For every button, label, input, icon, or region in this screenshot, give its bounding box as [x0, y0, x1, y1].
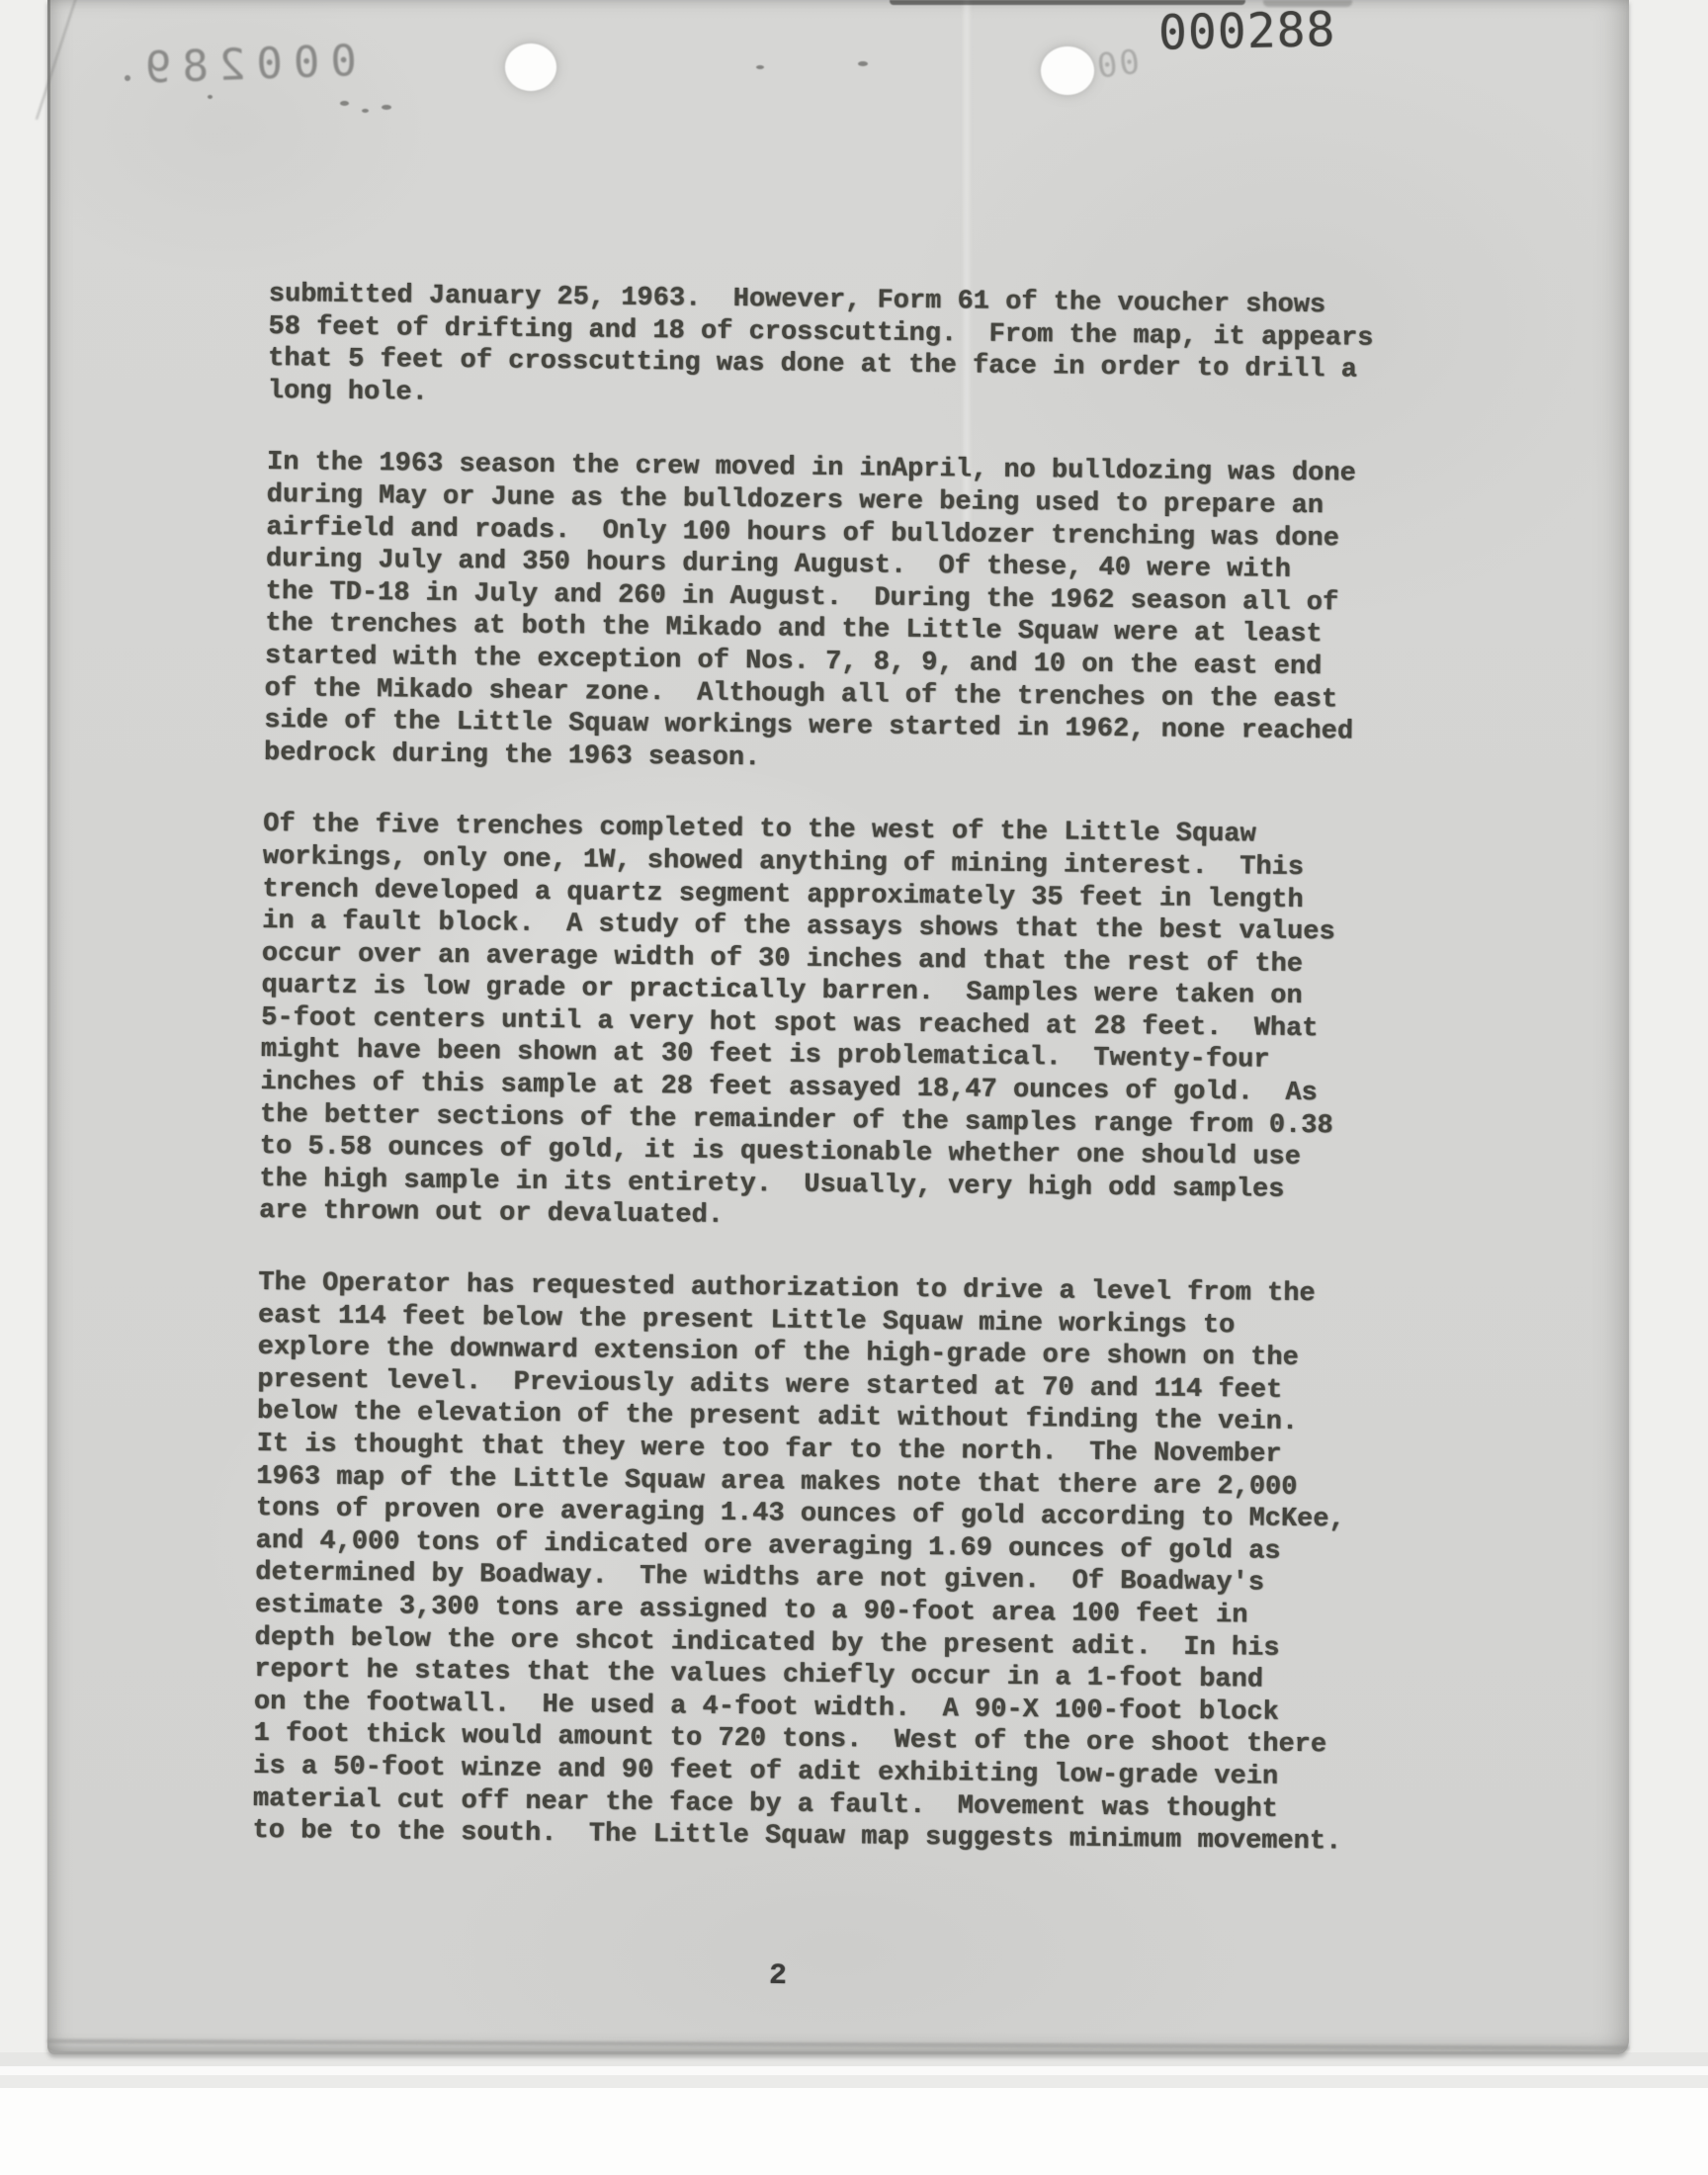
- paragraph: submitted January 25, 1963. However, For…: [268, 279, 1445, 420]
- ink-speck: [340, 101, 349, 106]
- ink-speck: [382, 105, 391, 110]
- text-block: submitted January 25, 1963. However, For…: [252, 279, 1445, 1899]
- serial-number-stamp: 000288: [1158, 6, 1336, 57]
- paragraph: Of the five trenches completed to the we…: [259, 809, 1439, 1240]
- serial-number-ghost-stamp: 00: [1095, 44, 1144, 83]
- ink-speck: [125, 75, 130, 81]
- paper-left-edge: [47, 0, 50, 1236]
- paper-bottom-edge: [47, 2040, 1629, 2050]
- ink-speck: [756, 65, 764, 69]
- paragraph: In the 1963 season the crew moved in inA…: [264, 447, 1443, 781]
- punch-hole-right: [1041, 46, 1094, 95]
- scan-background: 000288 00 000289 submitted January 25, 1…: [0, 0, 1708, 2175]
- ink-speck: [858, 61, 868, 66]
- ink-speck: [362, 109, 369, 113]
- punch-hole-left: [505, 43, 556, 91]
- page-number: 2: [769, 1961, 788, 1991]
- ink-speck: [208, 95, 213, 99]
- document-page: 000288 00 000289 submitted January 25, 1…: [47, 0, 1629, 2054]
- paper-crease: [36, 0, 77, 120]
- serial-number-bleedthrough-stamp: 000289: [133, 40, 357, 91]
- paragraph: The Operator has requested authorization…: [252, 1267, 1434, 1860]
